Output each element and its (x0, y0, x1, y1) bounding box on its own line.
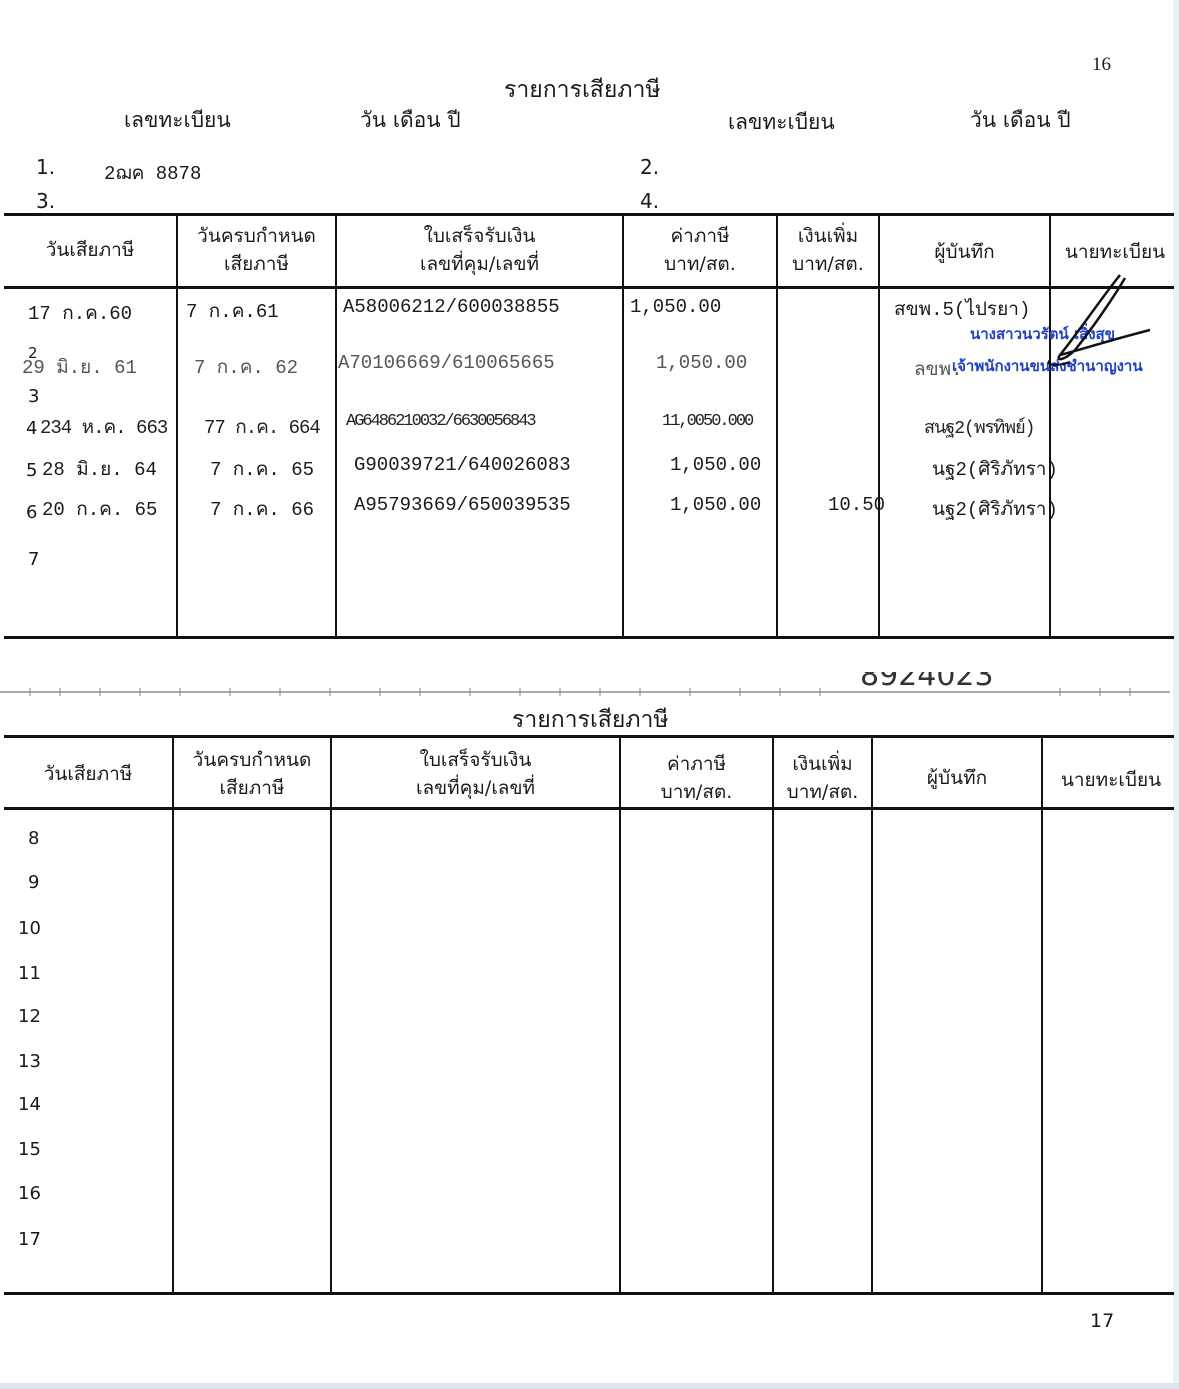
receipt-number: A58006212/600038855 (343, 296, 560, 318)
registration-value: 2ฌค 8878 (104, 158, 201, 188)
paid-date: 20 ก.ค. 65 (42, 494, 157, 524)
row-number: 4 (26, 418, 37, 439)
column-header-recorder: ผู้บันทึก (880, 238, 1049, 266)
column-header-registrar: นายทะเบียน (1043, 766, 1179, 794)
column-header-surcharge: เงินเพิ่มบาท/สต. (778, 222, 878, 278)
column-header-tax: ค่าภาษีบาท/สต. (624, 222, 776, 278)
receipt-number: G90039721/640026083 (354, 454, 571, 476)
tax-amount: 1,050.00 (670, 454, 761, 476)
registration-index: 1. (36, 155, 55, 179)
row-number: 7 (28, 549, 39, 570)
due-date: 7 ก.ค.61 (186, 296, 279, 326)
column-header-paid-date: วันเสียภาษี (4, 236, 176, 264)
registration-label-left: เลขทะเบียน (124, 104, 231, 137)
row-number: 11 (18, 963, 41, 984)
row-number: 13 (18, 1051, 41, 1072)
scan-edge-bottom (0, 1383, 1179, 1389)
tax-amount: 1,050.00 (630, 296, 721, 318)
column-header-registrar: นายทะเบียน (1051, 238, 1179, 266)
registration-label-right: เลขทะเบียน (728, 106, 835, 139)
row-number: 3 (28, 386, 39, 407)
page-number-top: 16 (1092, 54, 1111, 76)
registration-index: 4. (640, 189, 659, 213)
recorder: สนฐ2(พรทิพย์) (924, 412, 1034, 441)
due-date: 7 ก.ค. 66 (210, 494, 314, 524)
due-date: 7 ก.ค. 65 (210, 454, 314, 484)
registration-index: 2. (640, 155, 659, 179)
serial-number-clip: 8924023 (860, 672, 1030, 694)
recorder: นฐ2(ศิริภัทรา) (932, 454, 1058, 484)
tax-amount: 1,050.00 (670, 494, 761, 516)
receipt-number: AG6486210032/6630056843 (346, 412, 535, 431)
row-number: 12 (18, 1006, 41, 1027)
column-header-recorder: ผู้บันทึก (873, 764, 1041, 792)
row-number: 9 (28, 872, 39, 893)
row-number: 16 (18, 1183, 41, 1204)
registration-date-label-right: วัน เดือน ปี (970, 104, 1071, 137)
row-number: 17 (18, 1229, 41, 1250)
registration-index: 3. (36, 189, 55, 213)
signature-icon (1020, 270, 1170, 380)
row-number: 6 (26, 502, 37, 523)
receipt-number: A70106669/610065665 (338, 352, 555, 374)
due-date: 7 ก.ค. 62 (194, 352, 298, 382)
row-number: 10 (18, 918, 41, 939)
page-number-bottom: 17 (1090, 1310, 1114, 1332)
serial-number: 8924023 (860, 672, 994, 693)
column-header-receipt: ใบเสร็จรับเงินเลขที่คุม/เลขที่ (337, 222, 622, 278)
recorder: นฐ2(ศิริภัทรา) (932, 494, 1058, 524)
tax-amount: 11,0050.000 (662, 412, 752, 431)
row-number: 14 (18, 1094, 41, 1115)
row-number: 15 (18, 1139, 41, 1160)
surcharge-amount: 10.50 (828, 494, 885, 516)
column-header-paid-date: วันเสียภาษี (4, 760, 172, 788)
column-header-tax: ค่าภาษีบาท/สต. (621, 750, 772, 806)
paid-date: 234 ห.ค. 663 (40, 412, 167, 442)
recorder: สขพ.5(ไปรยา) (894, 294, 1030, 324)
registration-date-label-left: วัน เดือน ปี (360, 104, 461, 137)
column-header-surcharge: เงินเพิ่มบาท/สต. (774, 750, 871, 806)
column-header-due-date: วันครบกำหนดเสียภาษี (174, 746, 330, 802)
paid-date: 29 มิ.ย. 61 (22, 352, 137, 382)
column-header-receipt: ใบเสร็จรับเงินเลขที่คุม/เลขที่ (332, 746, 619, 802)
receipt-number: A95793669/650039535 (354, 494, 571, 516)
column-header-due-date: วันครบกำหนดเสียภาษี (178, 222, 335, 278)
paid-date: 28 มิ.ย. 64 (42, 454, 157, 484)
due-date: 77 ก.ค. 664 (204, 412, 320, 442)
page-title-top: รายการเสียภาษี (504, 72, 661, 108)
paid-date: 17 ก.ค.60 (28, 298, 132, 328)
row-number: 8 (28, 828, 39, 849)
tax-amount: 1,050.00 (656, 352, 747, 374)
row-number: 5 (26, 460, 37, 481)
page-title-bottom: รายการเสียภาษี (512, 702, 669, 738)
